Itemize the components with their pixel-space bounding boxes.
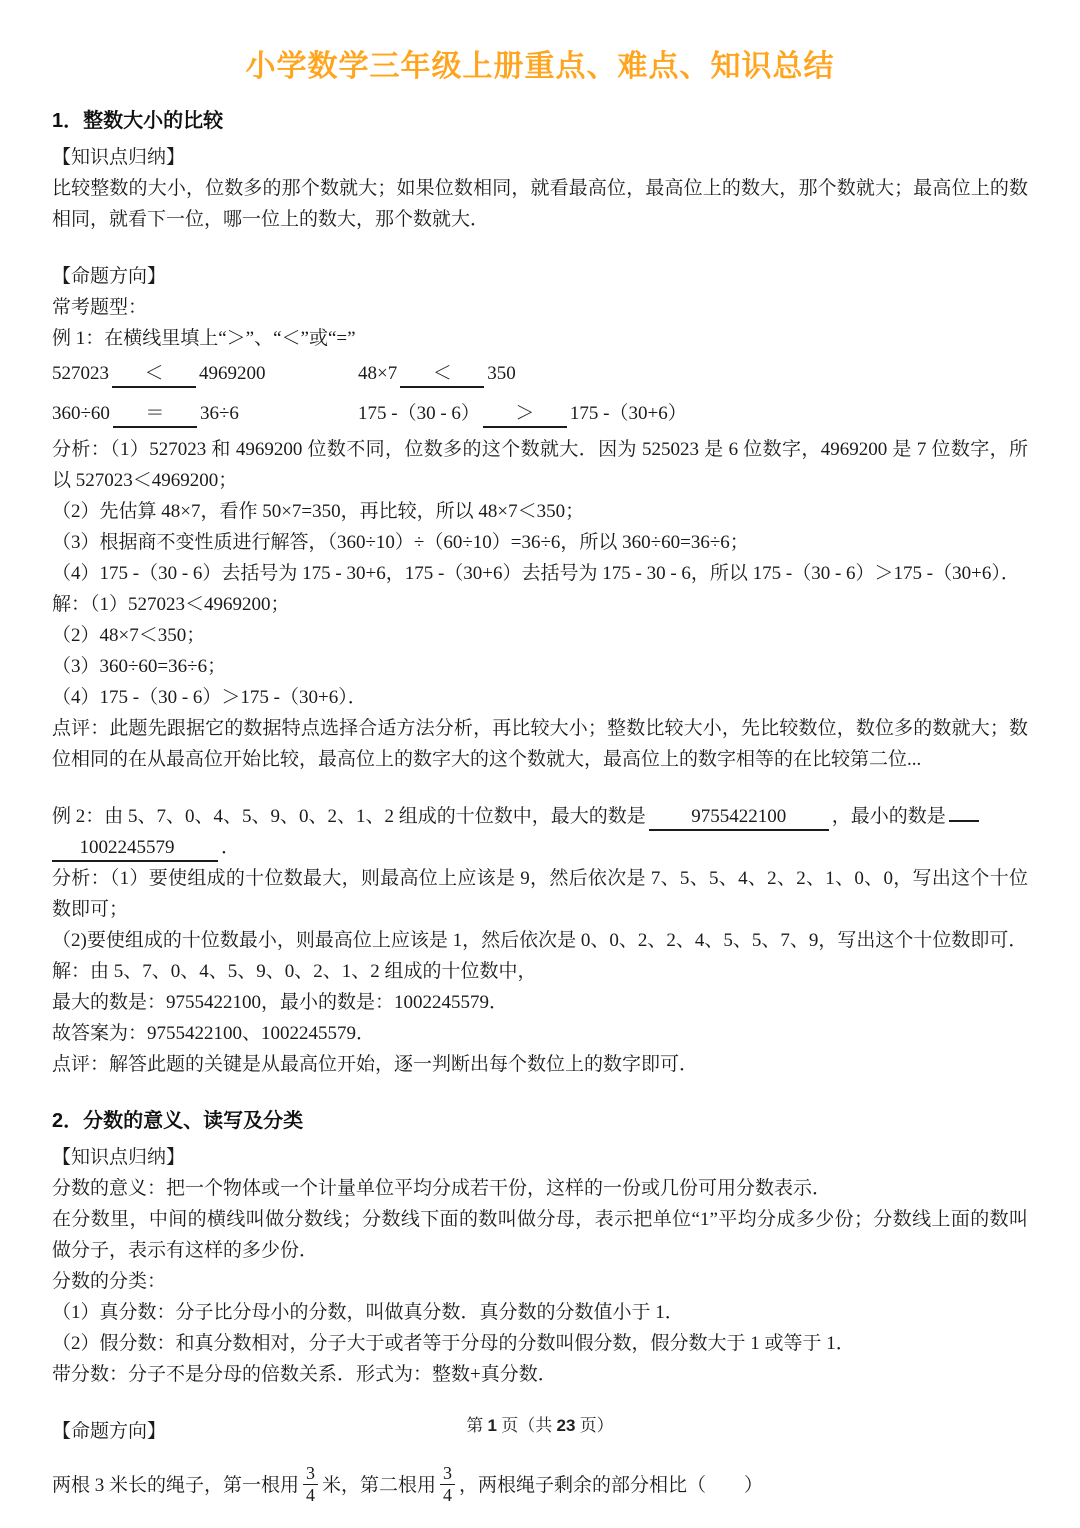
- equation-1-right: 4969200: [199, 363, 266, 384]
- fraction-denominator: 4: [440, 1485, 455, 1505]
- rope-problem-line: 两根 3 米长的绳子，第一根用34米，第二根用34，两根绳子剩余的部分相比（ ）: [52, 1457, 1028, 1515]
- example1-solution-3: （3）360÷60=36÷6；: [52, 651, 1028, 682]
- blank-answer-4: ＞: [483, 402, 567, 428]
- blank-answer-min: 1002245579: [52, 836, 218, 862]
- example2-analysis-2: （2)要使组成的十位数最小，则最高位上应该是 1，然后依次是 0、0、2、2、4…: [52, 925, 1028, 956]
- example1-solution-1: 解：（1）527023＜4969200；: [52, 589, 1028, 620]
- example2-mid: ，最小的数是: [832, 806, 946, 827]
- example2-comment: 点评：解答此题的关键是从最高位开始，逐一判断出每个数位上的数字即可．: [52, 1049, 1028, 1080]
- improper-fraction-line: （2）假分数：和真分数相对，分子大于或者等于分母的分数叫假分数，假分数大于 1 …: [52, 1328, 1028, 1359]
- footer-suffix: 页）: [575, 1416, 613, 1435]
- example2-line-2: 1002245579．: [52, 832, 1028, 863]
- example2-solution-2: 最大的数是：9755422100，最小的数是：1002245579．: [52, 987, 1028, 1018]
- equation-4-right: 175 -（30+6）: [570, 403, 687, 424]
- equation-3: 360÷60＝36÷6: [52, 394, 358, 434]
- equation-2: 48×7＜350: [358, 363, 516, 384]
- section-1-heading: 1．整数大小的比较: [52, 106, 1028, 136]
- footer-prefix: 第: [466, 1416, 487, 1435]
- example2-line-2-end: ．: [221, 837, 240, 858]
- example1-analysis-2: （2）先估算 48×7，看作 50×7=350，再比较，所以 48×7＜350；: [52, 496, 1028, 527]
- equation-3-right: 36÷6: [200, 403, 239, 424]
- example2-intro: 例 2：由 5、7、0、4、5、9、0、2、1、2 组成的十位数中，最大的数是: [52, 806, 646, 827]
- equation-2-left: 48×7: [358, 363, 397, 384]
- rope-problem-part-3: ，两根绳子剩余的部分相比（ ）: [459, 1475, 763, 1496]
- document-page: 小学数学三年级上册重点、难点、知识总结 1．整数大小的比较 【知识点归纳】 比较…: [0, 0, 1080, 1528]
- knowledge-label-1: 【知识点归纳】: [52, 142, 1028, 173]
- rope-problem-part-2: 米，第二根用: [322, 1475, 436, 1496]
- fraction-three-quarters-2: 34: [440, 1464, 455, 1505]
- fraction-numerator: 3: [303, 1464, 318, 1485]
- blank-answer-2: ＜: [400, 362, 484, 388]
- example1-solution-4: （4）175 -（30 - 6）＞175 -（30+6）．: [52, 682, 1028, 713]
- footer-page-number: 1: [488, 1416, 497, 1435]
- blank-answer-3: ＝: [113, 402, 197, 428]
- fraction-classes-label: 分数的分类：: [52, 1266, 1028, 1297]
- fraction-three-quarters-1: 34: [303, 1464, 318, 1505]
- fraction-denominator: 4: [303, 1485, 318, 1505]
- fraction-numerator: 3: [440, 1464, 455, 1485]
- example2-solution-3: 故答案为：9755422100、1002245579．: [52, 1018, 1028, 1049]
- example2-analysis-1: 分析：（1）要使组成的十位数最大，则最高位上应该是 9，然后依次是 7、5、5、…: [52, 863, 1028, 925]
- knowledge-text-1: 比较整数的大小，位数多的那个数就大；如果位数相同，就看最高位，最高位上的数大，那…: [52, 173, 1028, 235]
- example1-analysis-3: （3）根据商不变性质进行解答，（360÷10）÷（60÷10）=36÷6，所以 …: [52, 527, 1028, 558]
- proper-fraction-line: （1）真分数：分子比分母小的分数，叫做真分数．真分数的分数值小于 1．: [52, 1297, 1028, 1328]
- equation-4-left: 175 -（30 - 6）: [358, 403, 480, 424]
- example1-analysis-4: （4）175 -（30 - 6）去括号为 175 - 30+6，175 -（30…: [52, 558, 1028, 589]
- equation-1-left: 527023: [52, 363, 109, 384]
- fraction-parts-line: 在分数里，中间的横线叫做分数线；分数线下面的数叫做分母，表示把单位“1”平均分成…: [52, 1204, 1028, 1266]
- example1-blank-row-2: 360÷60＝36÷6175 -（30 - 6）＞175 -（30+6）: [52, 394, 1028, 434]
- footer-middle: 页（共: [497, 1416, 557, 1435]
- blank-answer-1: ＜: [112, 362, 196, 388]
- example2-line-1: 例 2：由 5、7、0、4、5、9、0、2、1、2 组成的十位数中，最大的数是9…: [52, 801, 1028, 832]
- page-footer: 第 1 页（共 23 页）: [0, 1411, 1080, 1436]
- section-2-heading: 2．分数的意义、读写及分类: [52, 1106, 1028, 1136]
- example1-intro: 例 1：在横线里填上“＞”、“＜”或“=”: [52, 323, 1028, 354]
- footer-total-pages: 23: [557, 1416, 576, 1435]
- knowledge-label-2: 【知识点归纳】: [52, 1142, 1028, 1173]
- example1-solution-2: （2）48×7＜350；: [52, 620, 1028, 651]
- example1-blank-row-1: 527023＜496920048×7＜350: [52, 354, 1028, 394]
- equation-1: 527023＜4969200: [52, 354, 358, 394]
- equation-2-right: 350: [487, 363, 516, 384]
- page-title: 小学数学三年级上册重点、难点、知识总结: [52, 46, 1028, 88]
- blank-answer-max: 9755422100: [649, 805, 829, 831]
- common-types-label: 常考题型：: [52, 292, 1028, 323]
- equation-4: 175 -（30 - 6）＞175 -（30+6）: [358, 403, 687, 424]
- example2-solution-1: 解：由 5、7、0、4、5、9、0、2、1、2 组成的十位数中，: [52, 956, 1028, 987]
- mixed-number-line: 带分数：分子不是分母的倍数关系．形式为：整数+真分数．: [52, 1359, 1028, 1390]
- equation-3-left: 360÷60: [52, 403, 110, 424]
- rope-problem-part-1: 两根 3 米长的绳子，第一根用: [52, 1475, 299, 1496]
- direction-label-1: 【命题方向】: [52, 261, 1028, 292]
- blank-answer-min-start: [949, 820, 979, 822]
- fraction-meaning-line: 分数的意义：把一个物体或一个计量单位平均分成若干份，这样的一份或几份可用分数表示…: [52, 1173, 1028, 1204]
- example1-analysis-1: 分析：（1）527023 和 4969200 位数不同，位数多的这个数就大．因为…: [52, 434, 1028, 496]
- example1-comment: 点评：此题先跟据它的数据特点选择合适方法分析，再比较大小；整数比较大小，先比较数…: [52, 713, 1028, 775]
